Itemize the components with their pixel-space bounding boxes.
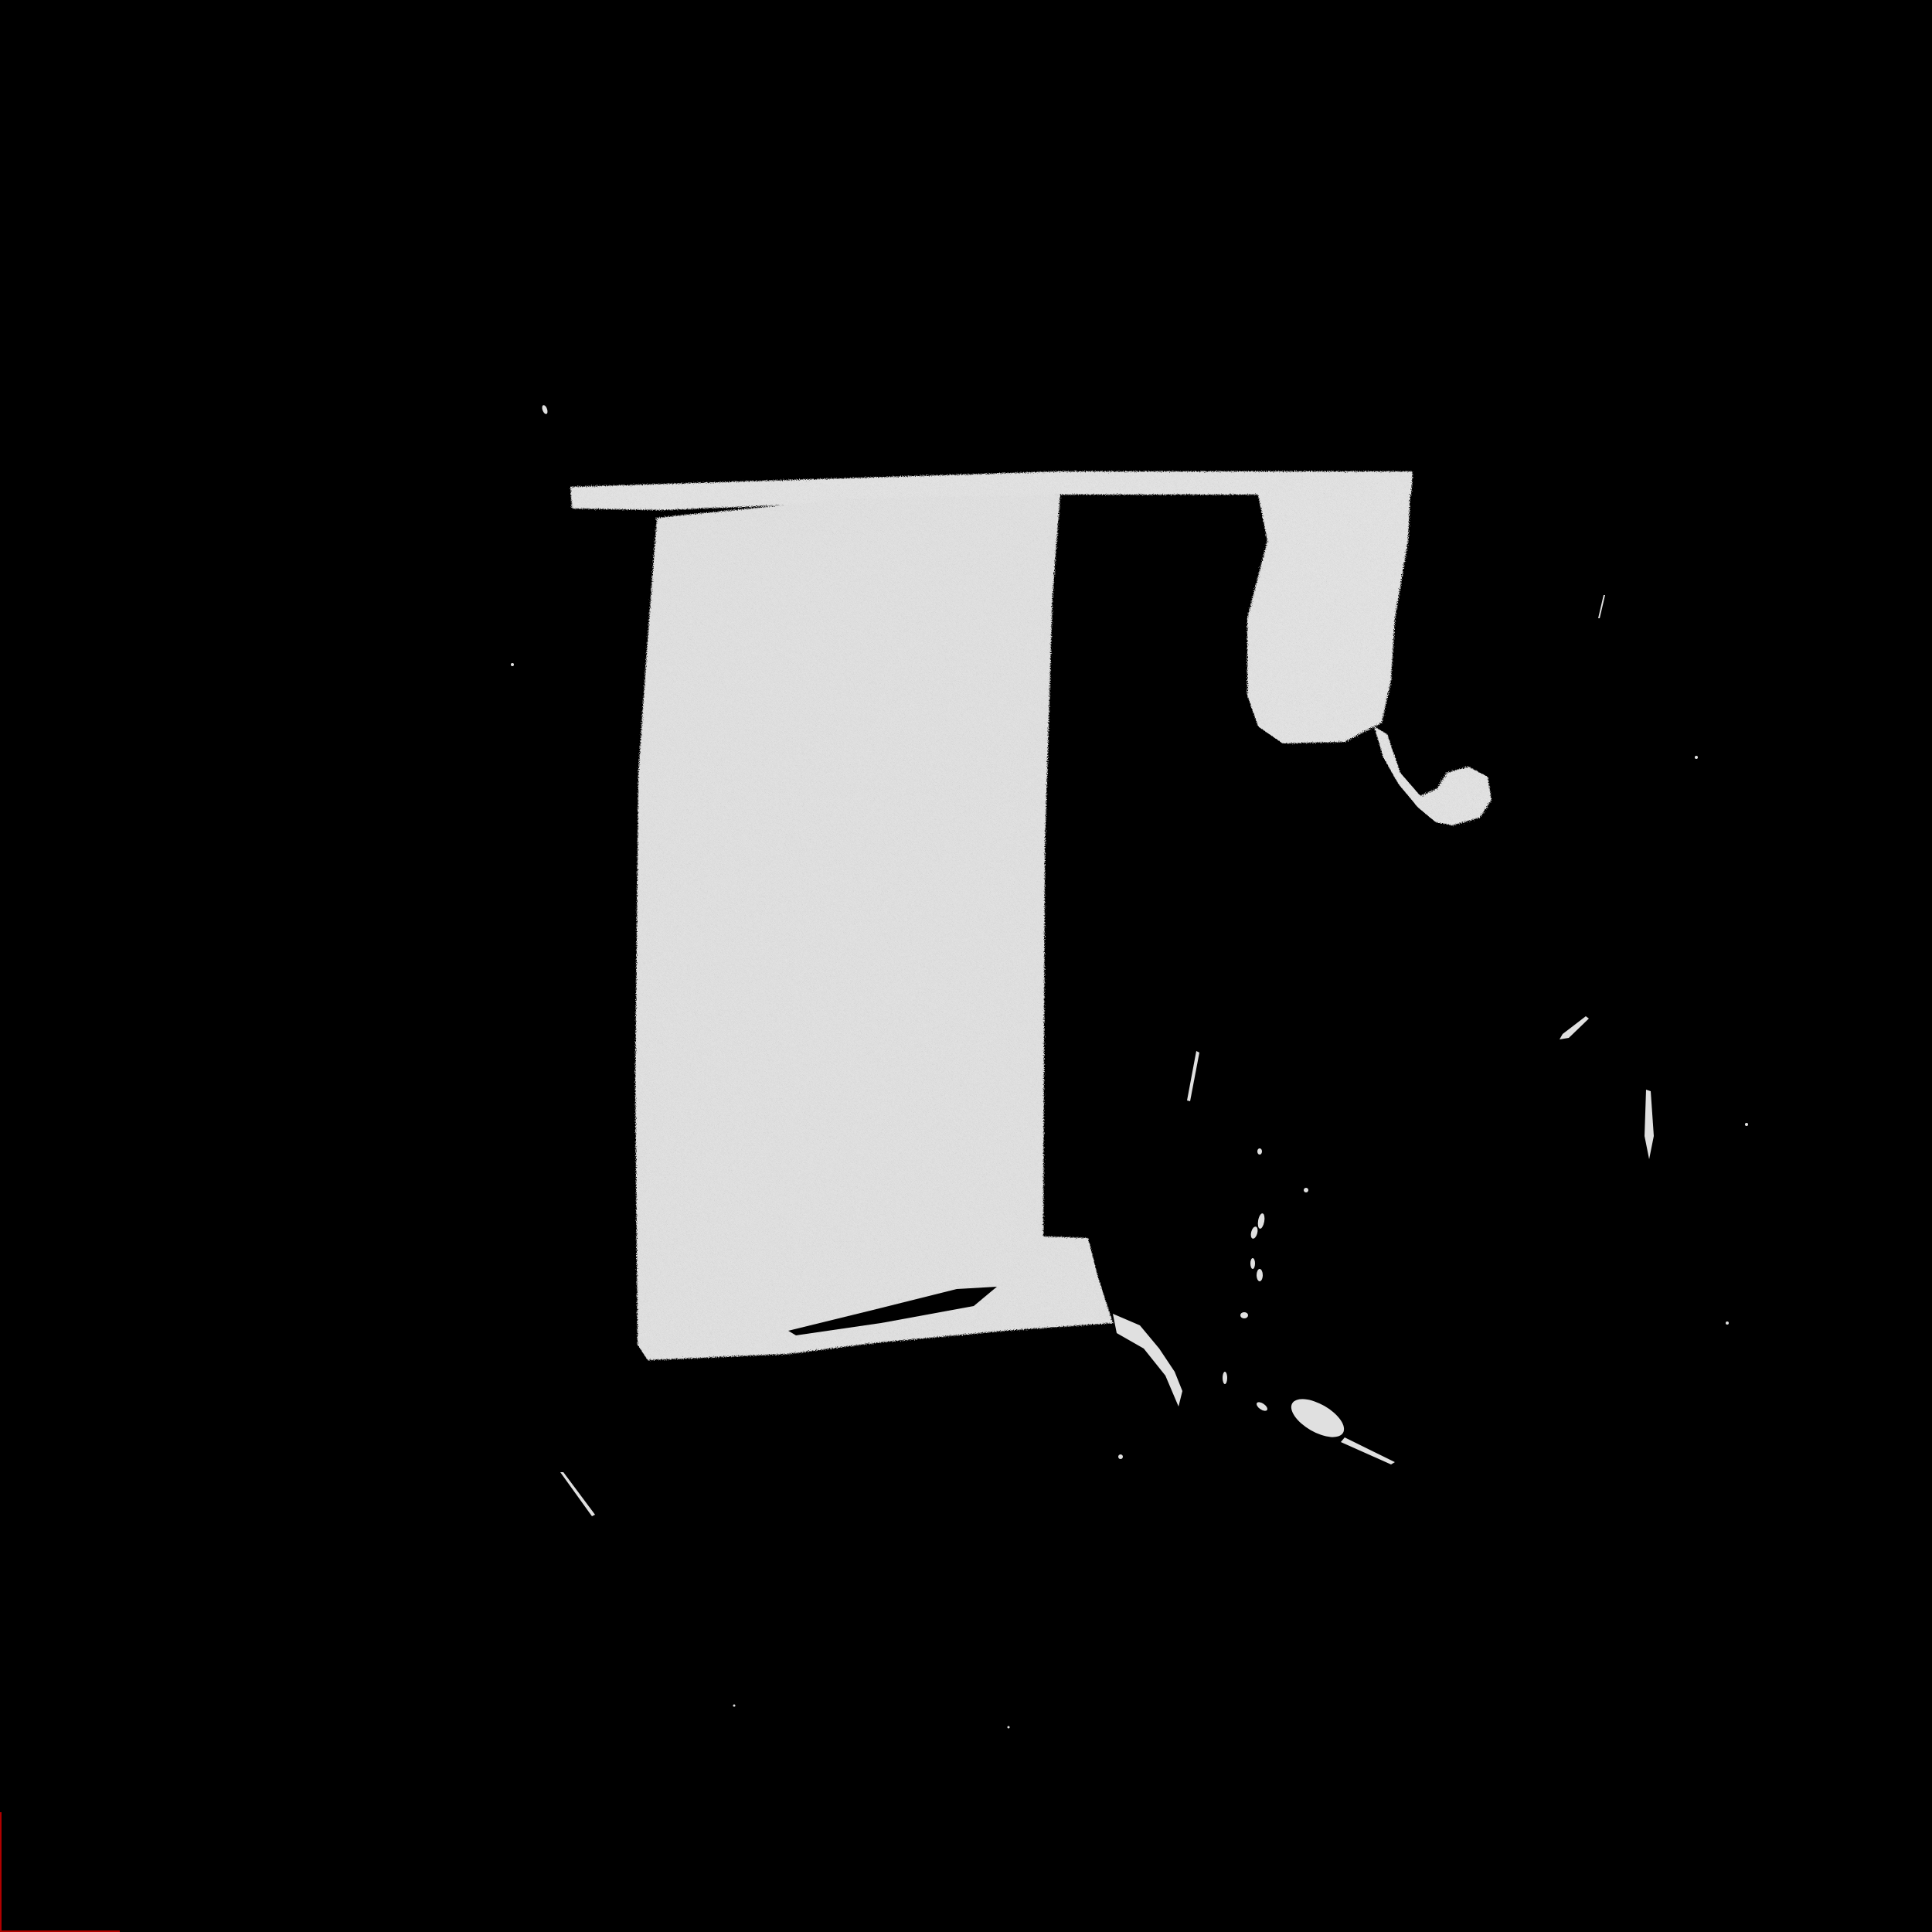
corner-crop-mark <box>0 1812 120 1932</box>
hook-curl <box>1374 726 1492 825</box>
calligraphy-artwork <box>0 0 1932 1932</box>
main-stem <box>635 495 1113 1360</box>
flag-stroke <box>1247 473 1411 743</box>
